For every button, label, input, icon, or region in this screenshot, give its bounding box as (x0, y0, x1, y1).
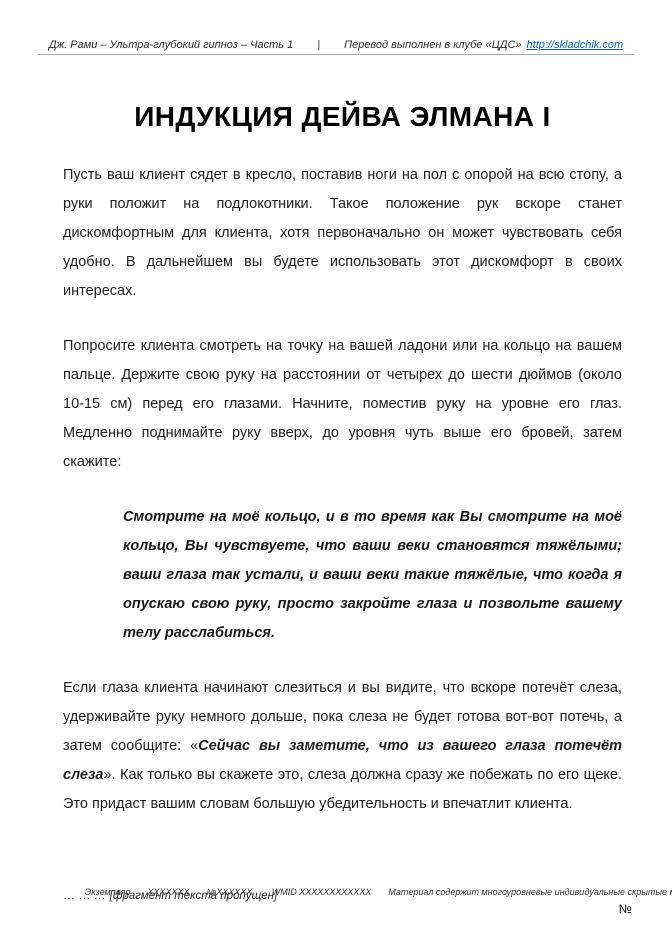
document-body: Пусть ваш клиент сядет в кресло, постави… (63, 161, 622, 904)
page-number-label: № (63, 902, 632, 916)
paragraph-hand-position-instructions: Попросите клиента смотреть на точку на в… (63, 332, 622, 477)
footer-number-value: №XXXXXX, (207, 886, 255, 898)
header-book-title: Дж. Рами – Ультра-глубокий гипноз – Част… (49, 39, 293, 51)
page-title: ИНДУКЦИЯ ДЕЙВА ЭЛМАНА I (63, 101, 622, 133)
induction-script-quote: Смотрите на моё кольцо, и в то время как… (123, 503, 622, 648)
header-link[interactable]: http://skladchik.com (527, 39, 624, 51)
document-page: Дж. Рами – Ультра-глубокий гипноз – Част… (0, 0, 672, 950)
paragraph-tear-technique-tail: ». Как только вы скажете это, слеза долж… (63, 767, 622, 812)
page-header: Дж. Рами – Ультра-глубокий гипноз – Част… (38, 38, 634, 55)
footer-wmid: WMID XXXXXXXXXXXX (272, 886, 372, 898)
footer-watermark-note: Материал содержит многоуровневые индивид… (388, 886, 672, 898)
footer-copy-label: Экземпляр (85, 886, 131, 898)
page-footer: Экземпляр XXXXXXX №XXXXXX, WMID XXXXXXXX… (63, 886, 632, 916)
header-translation-note: Перевод выполнен в клубе «ЦДС» (344, 39, 521, 51)
header-divider: | (317, 38, 320, 52)
watermark-line: Экземпляр XXXXXXX №XXXXXX, WMID XXXXXXXX… (63, 886, 632, 898)
paragraph-seating-instructions: Пусть ваш клиент сядет в кресло, постави… (63, 161, 622, 306)
footer-copy-value: XXXXXXX (148, 886, 190, 898)
paragraph-tear-technique: Если глаза клиента начинают слезиться и … (63, 674, 622, 819)
